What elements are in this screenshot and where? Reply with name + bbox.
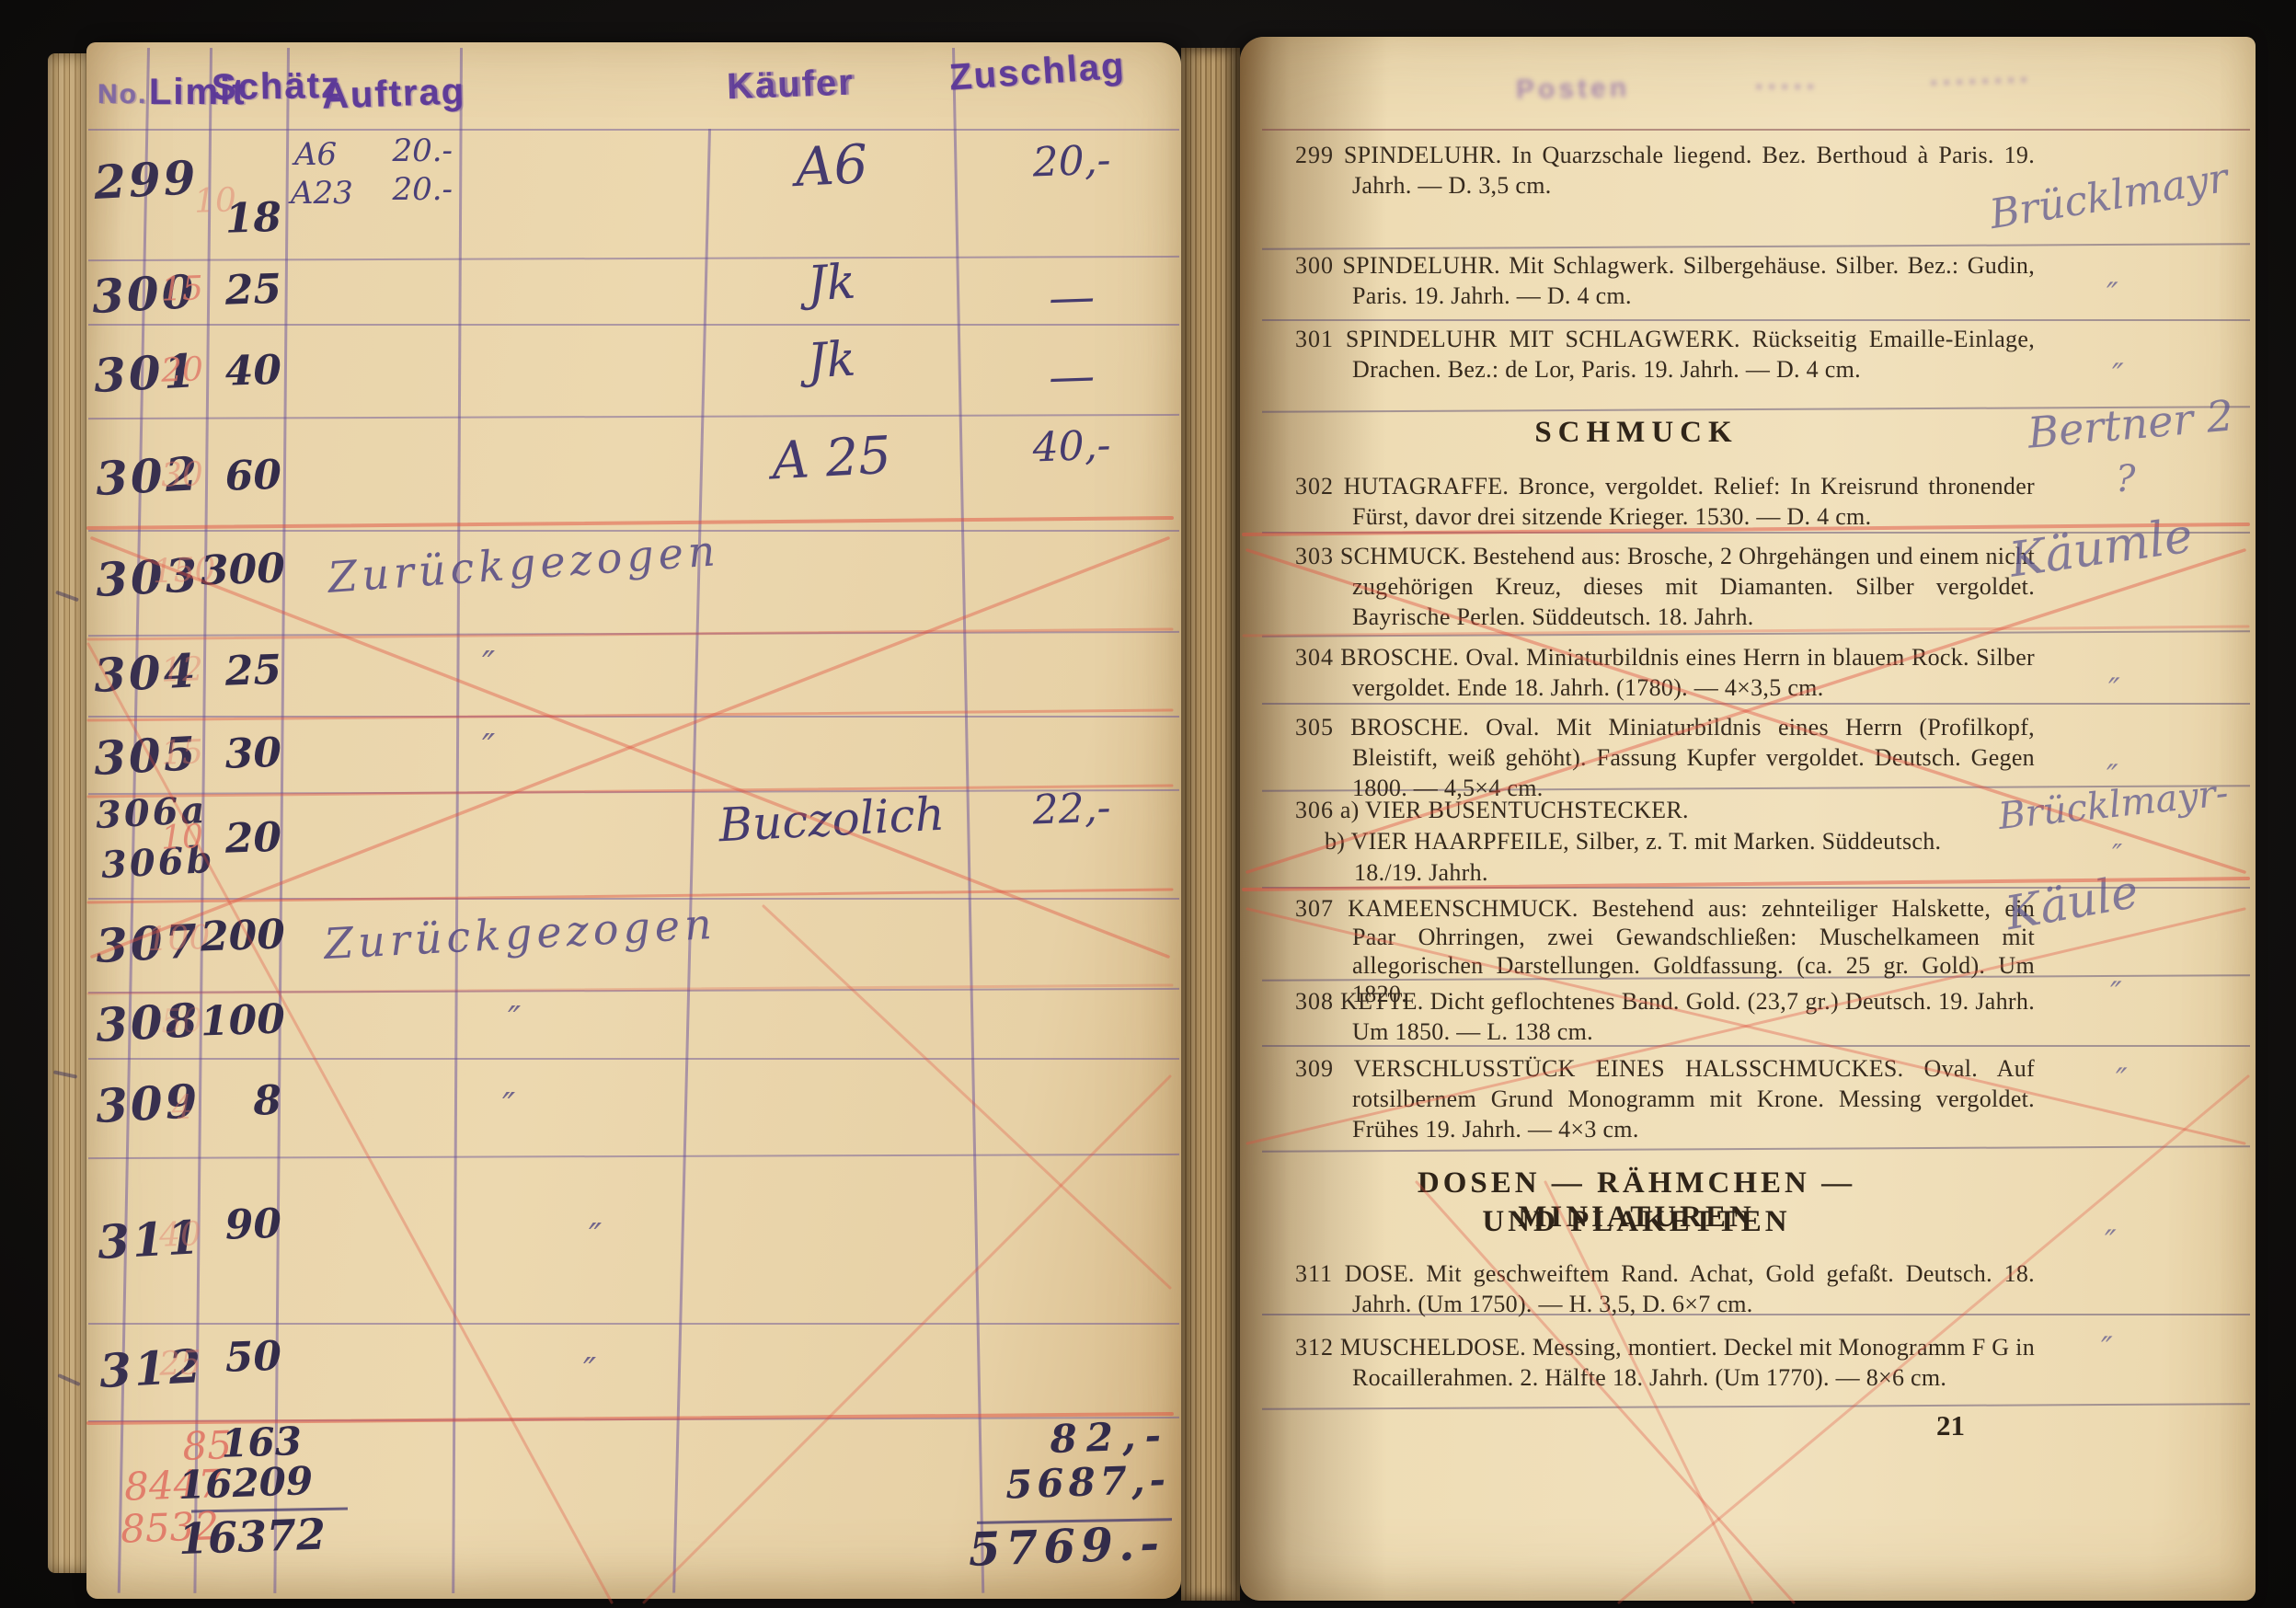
red-pencil-marks xyxy=(0,0,2296,1608)
book-scan: No. Limit Schätz Auftrag Käufer Zuschlag… xyxy=(0,0,2296,1608)
